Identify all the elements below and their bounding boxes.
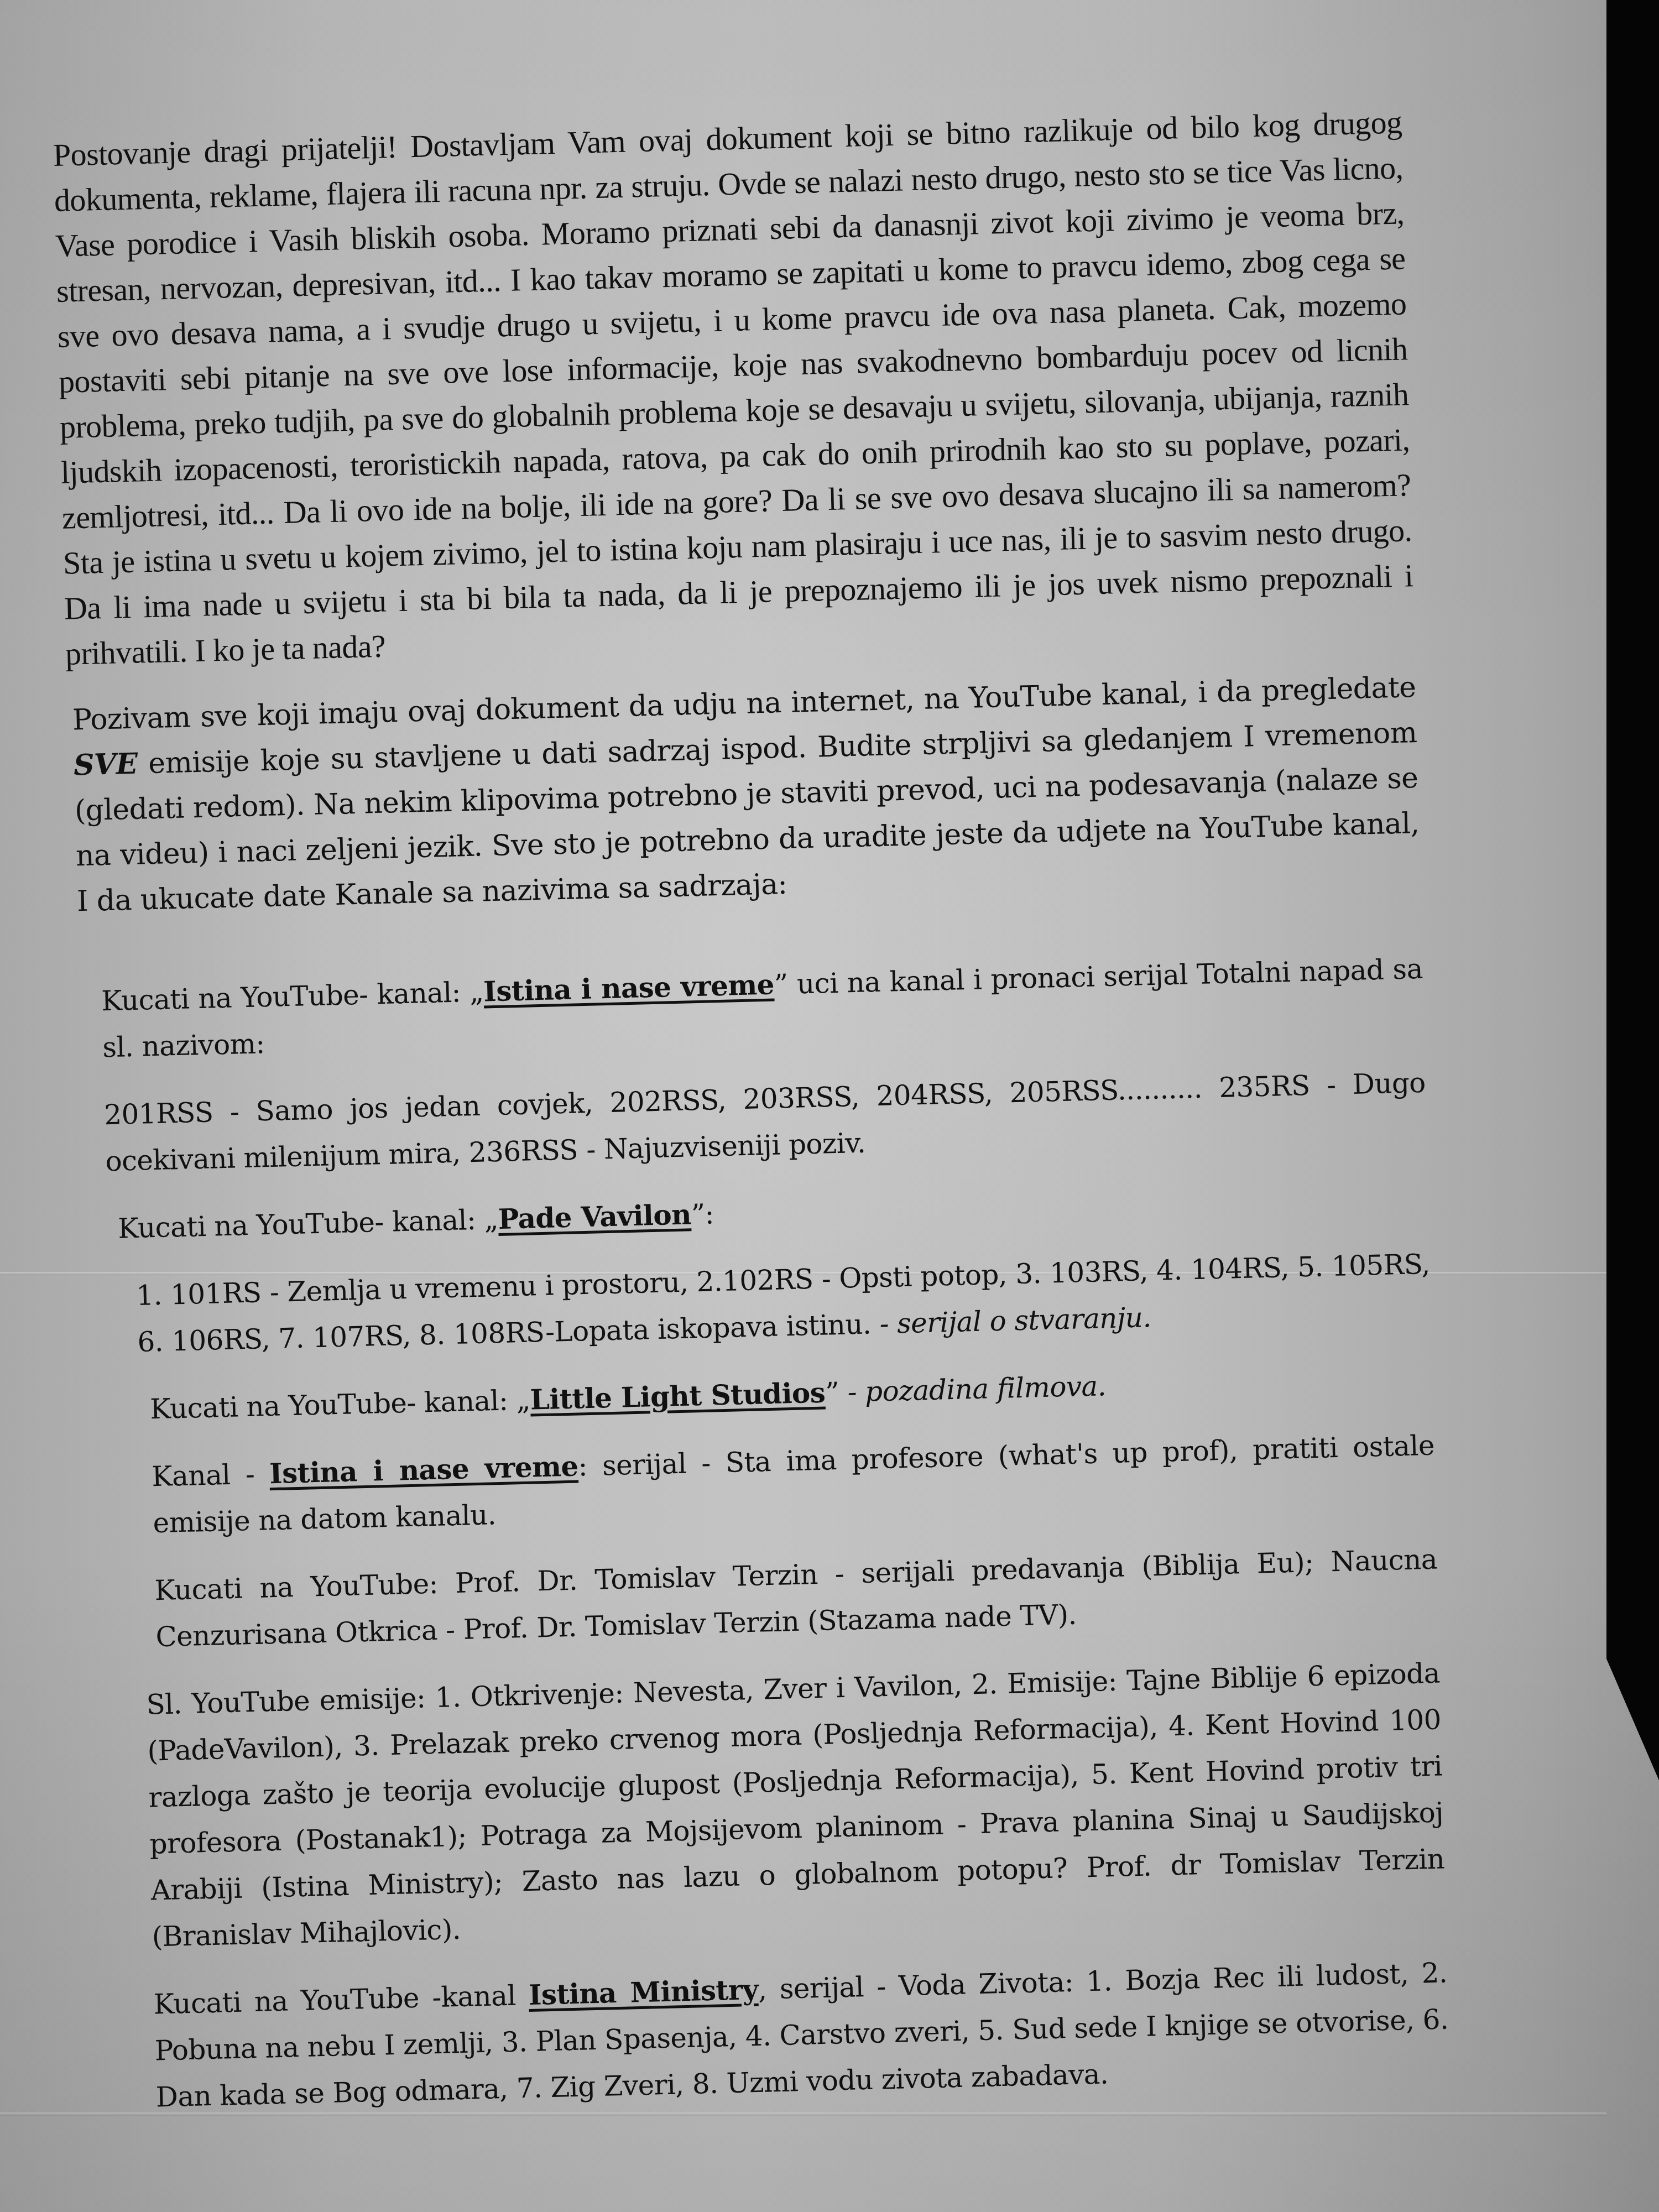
section-suffix: , serijal - Voda Zivota: 1. Bozja Rec il…: [154, 1957, 1449, 2113]
channel-name-little-light-studios: Little Light Studios: [530, 1376, 826, 1416]
series-text: 1. 101RS - Zemlja u vremenu i prostoru, …: [136, 1248, 1431, 1358]
channel-name-istina-ministry: Istina Ministry: [528, 1973, 759, 2011]
invite-text-end: emisije koje su stavljene u dati sadrzaj…: [74, 716, 1420, 918]
paper-sheet: Postovanje dragi prijatelji! Dostavljam …: [0, 0, 1659, 2212]
section-kanal-istina-i-nase-vreme: Kanal - Istina i nase vreme: serijal - S…: [151, 1422, 1436, 1547]
section-youtube-emisije: Sl. YouTube emisije: 1. Otkrivenje: Neve…: [145, 1650, 1446, 1960]
intro-paragraph: Postovanje dragi prijatelji! Dostavljam …: [53, 100, 1415, 676]
section-pade-vavilon: Kucati na YouTube- kanal: „Pade Vavilon”…: [117, 1173, 1428, 1252]
channel-name-istina-i-nase-vreme: Istina i nase vreme: [483, 968, 775, 1008]
invite-paragraph: Pozivam sve koji imaju ovaj dokument da …: [72, 665, 1421, 924]
section-little-light-studios: Kucati na YouTube- kanal: „Little Light …: [149, 1355, 1433, 1433]
section-prefix: Kucati na YouTube -kanal: [153, 1979, 529, 2021]
section-tomislav-terzin: Kucati na YouTube: Prof. Dr. Tomislav Te…: [154, 1536, 1438, 1661]
channel-name-pade-vavilon: Pade Vavilon: [498, 1198, 691, 1235]
section-note: - pozadina filmova.: [847, 1370, 1107, 1408]
section-prefix: Kucati na YouTube- kanal: „: [118, 1203, 499, 1245]
series-note: - serijal o stvaranju.: [879, 1301, 1152, 1340]
sve-emphasis: SVE: [73, 747, 138, 782]
section-suffix: ”:: [691, 1198, 714, 1230]
series-list-stvaranje: 1. 101RS - Zemlja u vremenu i prostoru, …: [135, 1241, 1431, 1365]
section-suffix: ”: [825, 1376, 848, 1409]
channel-name-istina-i-nase-vreme-2: Istina i nase vreme: [269, 1450, 578, 1490]
series-list-totalni-napad: 201RSS - Samo jos jedan covjek, 202RSS, …: [103, 1060, 1427, 1185]
photo-of-printed-flyer: Postovanje dragi prijatelji! Dostavljam …: [0, 0, 1659, 2212]
section-istina-ministry: Kucati na YouTube -kanal Istina Ministry…: [153, 1949, 1450, 2120]
section-prefix: Kucati na YouTube- kanal: „: [150, 1384, 531, 1426]
document-body: Postovanje dragi prijatelji! Dostavljam …: [53, 100, 1451, 2143]
section-prefix: Kucati na YouTube- kanal: „: [101, 975, 484, 1017]
section-prefix: Kanal -: [152, 1458, 270, 1493]
